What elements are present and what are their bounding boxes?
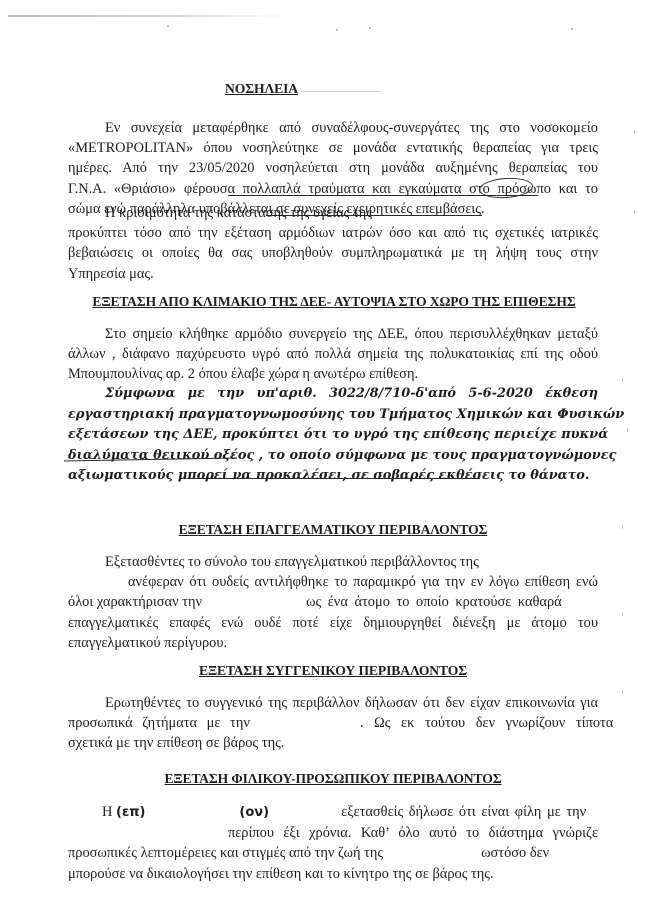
redaction-tag: (επ) [116,805,145,820]
text-line: εξετάσεων της ΔΕΕ, προκύπτει ότι το υγρό… [68,425,598,446]
text-line: Η (επ)(ον)εξετασθείς δήλωσε ότι είναι φί… [68,802,598,823]
section-heading-family: ΕΞΕΤΑΣΗ ΣΥΓΓΕΝΙΚΟΥ ΠΕΡΙΒΑΛΟΝΤΟΣ [68,661,598,681]
text-line: Υπηρεσία μας. [68,264,598,284]
text-line: επαγγελματικού περίγυρου. [68,633,598,653]
text-fragment: όλοι χαρακτήρισαν την [68,594,202,610]
scan-speck [369,27,371,29]
text-line: Η κρισιμότητα της κατάστασης της υγείας … [68,203,598,223]
redaction-residue [300,91,380,92]
section-heading-hospitalization: ΝΟΣΗΛΕΙΑ [0,79,650,99]
section-heading-workplace: ΕΞΕΤΑΣΗ ΕΠΑΓΓΕΛΜΑΤΙΚΟΥ ΠΕΡΙΒΑΛΟΝΤΟΣ [68,520,598,540]
text-line: Στο σημείο κλήθηκε αρμόδιο συνεργείο της… [68,324,598,344]
scan-speck [634,210,635,214]
text-line: προκύπτει τόσο από την εξέταση αρμόδιων … [68,223,598,243]
text-line: Εν συνεχεία μεταφέρθηκε από συναδέλφους-… [68,118,598,138]
text-fragment: ως ένα άτομο το οποίο κρατούσε καθαρά [306,594,562,610]
text-fragment: ωστόσο δεν [481,845,549,861]
scan-speck [627,428,628,432]
text-line: σχετικά με την επίθεση σε βάρος της. [68,733,598,753]
scan-speck [167,25,169,27]
scan-speck [622,525,623,529]
text-line: προσωπικές λεπτομέρειες και στιγμές από … [68,843,598,863]
text-line: εργαστηριακή πραγματογνωμοσύνης του Τμήμ… [68,405,598,426]
text-line: διαλύματα θειικού οξέος , το οποίο σύμφω… [68,446,598,467]
text-line: Εξετασθέντες το σύνολο του επαγγελματικο… [68,552,598,572]
text-line: βεβαιώσεις οι οποίες θα σας υποβληθούν σ… [68,243,598,263]
scan-artifact [8,15,290,17]
scan-speck [336,29,338,31]
scan-speck [622,612,623,616]
text-fragment: Η [102,804,112,820]
text-line: περίπου έξι χρόνια. Καθ’ όλο αυτό το διά… [68,823,598,843]
scan-speck [634,130,635,134]
text-line: προσωπικά ζητήματα με την. Ως εκ τούτου … [68,713,598,733]
text-fragment: εξετασθείς δήλωσε ότι είναι φίλη με την [341,804,586,820]
paragraph-friends: Η (επ)(ον)εξετασθείς δήλωσε ότι είναι φί… [68,802,598,884]
text-fragment: προσωπικές λεπτομέρειες και στιγμές από … [68,845,383,861]
paragraph-workplace: Εξετασθέντες το σύνολο του επαγγελματικο… [68,552,598,653]
paragraph-hospitalization-2: Η κρισιμότητα της κατάστασης της υγείας … [68,203,598,284]
scan-speck [622,378,623,382]
text-line: ημέρες. Από την 23/05/2020 νοσηλεύεται σ… [68,158,598,178]
text-line: Μπουμπουλίνας αρ. 2 όπου έλαβε χώρα η αν… [68,364,598,384]
text-line: όλοι χαρακτήρισαν τηνως ένα άτομο το οπο… [68,592,598,612]
text-line: ανέφεραν ότι ουδείς αντιλήφθηκε το παραμ… [68,572,598,592]
text-fragment: προσωπικά ζητήματα με την [68,715,250,731]
text-line: μπορούσε να δικαιολογήσει την επίθεση κα… [68,864,598,884]
paragraph-family: Ερωτηθέντες το συγγενικό της περιβάλλον … [68,693,598,754]
text-line: Σύμφωνα με την υπ'αριθ. 3022/8/710-δ'από… [68,384,598,405]
text-line: Ερωτηθέντες το συγγενικό της περιβάλλον … [68,693,598,713]
paragraph-lab-report: Σύμφωνα με την υπ'αριθ. 3022/8/710-δ'από… [68,384,598,487]
text-line: επαγγελματικές επαφές ενώ ουδέ ποτέ είχε… [68,613,598,633]
scan-speck [571,28,573,30]
section-heading-friends: ΕΞΕΤΑΣΗ ΦΙΛΙΚΟΥ-ΠΡΟΣΩΠΙΚΟΥ ΠΕΡΙΒΑΛΟΝΤΟΣ [68,769,598,789]
text-line: αξιωματικούς μπορεί να προκαλέσει, σε σο… [68,466,598,487]
section-heading-crime-scene: ΕΞΕΤΑΣΗ ΑΠΟ ΚΛΙΜΑΚΙΟ ΤΗΣ ΔΕΕ- ΑΥΤΟΨΙΑ ΣΤ… [54,292,614,312]
scan-speck [622,690,623,694]
pen-underline [190,478,480,479]
text-line: «METROPOLITAN» όπου νοσηλεύτηκε σε μονάδ… [68,138,598,158]
redaction-tag: (ον) [239,805,269,820]
text-line: άλλων , διάφανο παχύρευστο υγρό από πολλ… [68,344,598,364]
text-fragment: . Ως εκ τούτου δεν γνωρίζουν τίποτα [360,715,614,731]
paragraph-crime-scene-1: Στο σημείο κλήθηκε αρμόδιο συνεργείο της… [68,324,598,385]
